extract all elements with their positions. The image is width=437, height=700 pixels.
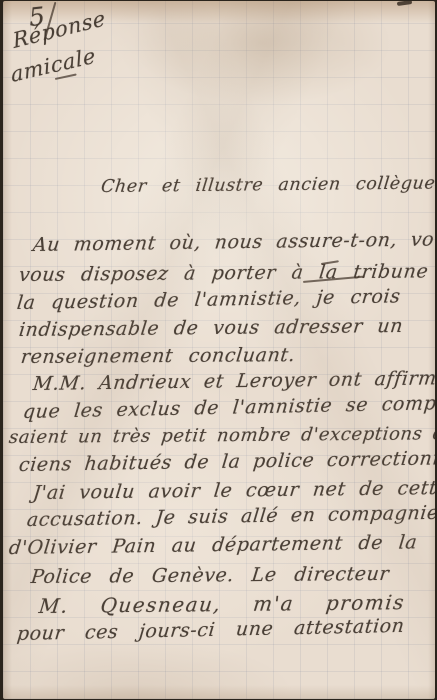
handwritten-line: Au moment où, nous assure-t-on, vous bbox=[32, 228, 435, 256]
letter-paper: 5 Réponse amicale Cher et illustre ancie… bbox=[3, 1, 435, 699]
handwritten-line: saient un très petit nombre d'exceptions… bbox=[8, 423, 435, 448]
handwritten-line: M. Quesneau, m'a promis bbox=[38, 590, 407, 618]
handwritten-line: la question de l'amnistie, je crois bbox=[16, 285, 402, 314]
top-edge-mark bbox=[397, 1, 412, 6]
salutation-line: Cher et illustre ancien collègue. bbox=[100, 173, 435, 197]
handwritten-line: d'Olivier Pain au département de la bbox=[8, 531, 419, 559]
handwritten-line: M.M. Andrieux et Leroyer ont affirmé bbox=[32, 367, 435, 395]
handwritten-line: que les exclus de l'amnistie se compo bbox=[22, 392, 435, 423]
handwritten-line: renseignement concluant. bbox=[20, 344, 297, 368]
letter-photo: 5 Réponse amicale Cher et illustre ancie… bbox=[0, 0, 437, 700]
handwritten-line: ciens habitués de la police correctionne… bbox=[18, 447, 435, 476]
handwritten-line: J'ai voulu avoir le cœur net de cette bbox=[32, 477, 435, 504]
handwritten-line: pour ces jours-ci une attestation bbox=[16, 615, 406, 645]
handwritten-line: Police de Genève. Le directeur bbox=[30, 563, 391, 588]
handwritten-line: accusation. Je suis allé en compagnie bbox=[26, 502, 435, 531]
handwritten-line: vous disposez à porter à la tribune bbox=[18, 260, 430, 286]
handwritten-line: indispensable de vous adresser un bbox=[18, 315, 405, 341]
